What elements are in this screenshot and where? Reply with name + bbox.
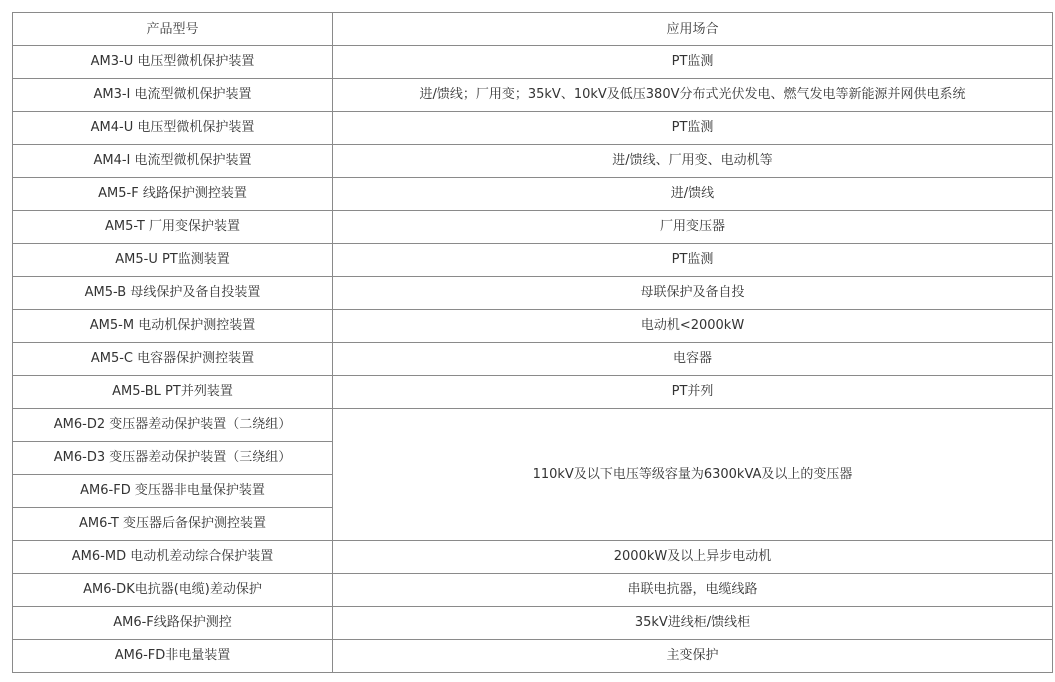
cell-application: 35kV进线柜/馈线柜: [333, 607, 1053, 640]
table-row: AM6-DK电抗器(电缆)差动保护 串联电抗器，电缆线路: [13, 574, 1053, 607]
cell-model: AM5-BL PT并列装置: [13, 376, 333, 409]
cell-model: AM6-FD 变压器非电量保护装置: [13, 475, 333, 508]
product-application-table-container: 产品型号 应用场合 AM3-U 电压型微机保护装置 PT监测 AM3-I 电流型…: [12, 12, 1052, 673]
cell-model: AM5-M 电动机保护测控装置: [13, 310, 333, 343]
cell-model: AM5-T 厂用变保护装置: [13, 211, 333, 244]
cell-model: AM6-FD非电量装置: [13, 640, 333, 673]
table-row: AM5-C 电容器保护测控装置 电容器: [13, 343, 1053, 376]
cell-model: AM4-U 电压型微机保护装置: [13, 112, 333, 145]
header-product-model: 产品型号: [13, 13, 333, 46]
cell-application: 进/馈线、厂用变、电动机等: [333, 145, 1053, 178]
table-row: AM5-M 电动机保护测控装置 电动机<2000kW: [13, 310, 1053, 343]
cell-application: PT并列: [333, 376, 1053, 409]
cell-application: 串联电抗器，电缆线路: [333, 574, 1053, 607]
table-row: AM3-U 电压型微机保护装置 PT监测: [13, 46, 1053, 79]
cell-application: PT监测: [333, 112, 1053, 145]
cell-model: AM3-U 电压型微机保护装置: [13, 46, 333, 79]
cell-application: 2000kW及以上异步电动机: [333, 541, 1053, 574]
cell-model: AM6-D2 变压器差动保护装置（二绕组）: [13, 409, 333, 442]
cell-model: AM6-D3 变压器差动保护装置（三绕组）: [13, 442, 333, 475]
cell-application: PT监测: [333, 46, 1053, 79]
table-row: AM3-I 电流型微机保护装置 进/馈线；厂用变；35kV、10kV及低压380…: [13, 79, 1053, 112]
cell-application-merged: 110kV及以下电压等级容量为6300kVA及以上的变压器: [333, 409, 1053, 541]
cell-model: AM6-DK电抗器(电缆)差动保护: [13, 574, 333, 607]
cell-model: AM5-F 线路保护测控装置: [13, 178, 333, 211]
table-row: AM6-FD非电量装置 主变保护: [13, 640, 1053, 673]
cell-application: 厂用变压器: [333, 211, 1053, 244]
cell-application: 进/馈线；厂用变；35kV、10kV及低压380V分布式光伏发电、燃气发电等新能…: [333, 79, 1053, 112]
cell-model: AM5-U PT监测装置: [13, 244, 333, 277]
cell-application: 主变保护: [333, 640, 1053, 673]
table-row: AM4-U 电压型微机保护装置 PT监测: [13, 112, 1053, 145]
product-application-table: 产品型号 应用场合 AM3-U 电压型微机保护装置 PT监测 AM3-I 电流型…: [12, 12, 1053, 673]
cell-application: 进/馈线: [333, 178, 1053, 211]
cell-application: 电容器: [333, 343, 1053, 376]
header-application: 应用场合: [333, 13, 1053, 46]
cell-application: PT监测: [333, 244, 1053, 277]
table-row: AM6-F线路保护测控 35kV进线柜/馈线柜: [13, 607, 1053, 640]
table-row: AM5-BL PT并列装置 PT并列: [13, 376, 1053, 409]
table-header-row: 产品型号 应用场合: [13, 13, 1053, 46]
cell-model: AM6-T 变压器后备保护测控装置: [13, 508, 333, 541]
cell-model: AM6-MD 电动机差动综合保护装置: [13, 541, 333, 574]
cell-model: AM5-C 电容器保护测控装置: [13, 343, 333, 376]
cell-model: AM6-F线路保护测控: [13, 607, 333, 640]
table-row: AM6-D2 变压器差动保护装置（二绕组） 110kV及以下电压等级容量为630…: [13, 409, 1053, 442]
cell-model: AM5-B 母线保护及备自投装置: [13, 277, 333, 310]
table-row: AM5-U PT监测装置 PT监测: [13, 244, 1053, 277]
cell-model: AM3-I 电流型微机保护装置: [13, 79, 333, 112]
table-row: AM5-T 厂用变保护装置 厂用变压器: [13, 211, 1053, 244]
cell-application: 母联保护及备自投: [333, 277, 1053, 310]
table-row: AM6-MD 电动机差动综合保护装置 2000kW及以上异步电动机: [13, 541, 1053, 574]
table-row: AM5-B 母线保护及备自投装置 母联保护及备自投: [13, 277, 1053, 310]
cell-application: 电动机<2000kW: [333, 310, 1053, 343]
table-row: AM5-F 线路保护测控装置 进/馈线: [13, 178, 1053, 211]
cell-model: AM4-I 电流型微机保护装置: [13, 145, 333, 178]
table-row: AM4-I 电流型微机保护装置 进/馈线、厂用变、电动机等: [13, 145, 1053, 178]
